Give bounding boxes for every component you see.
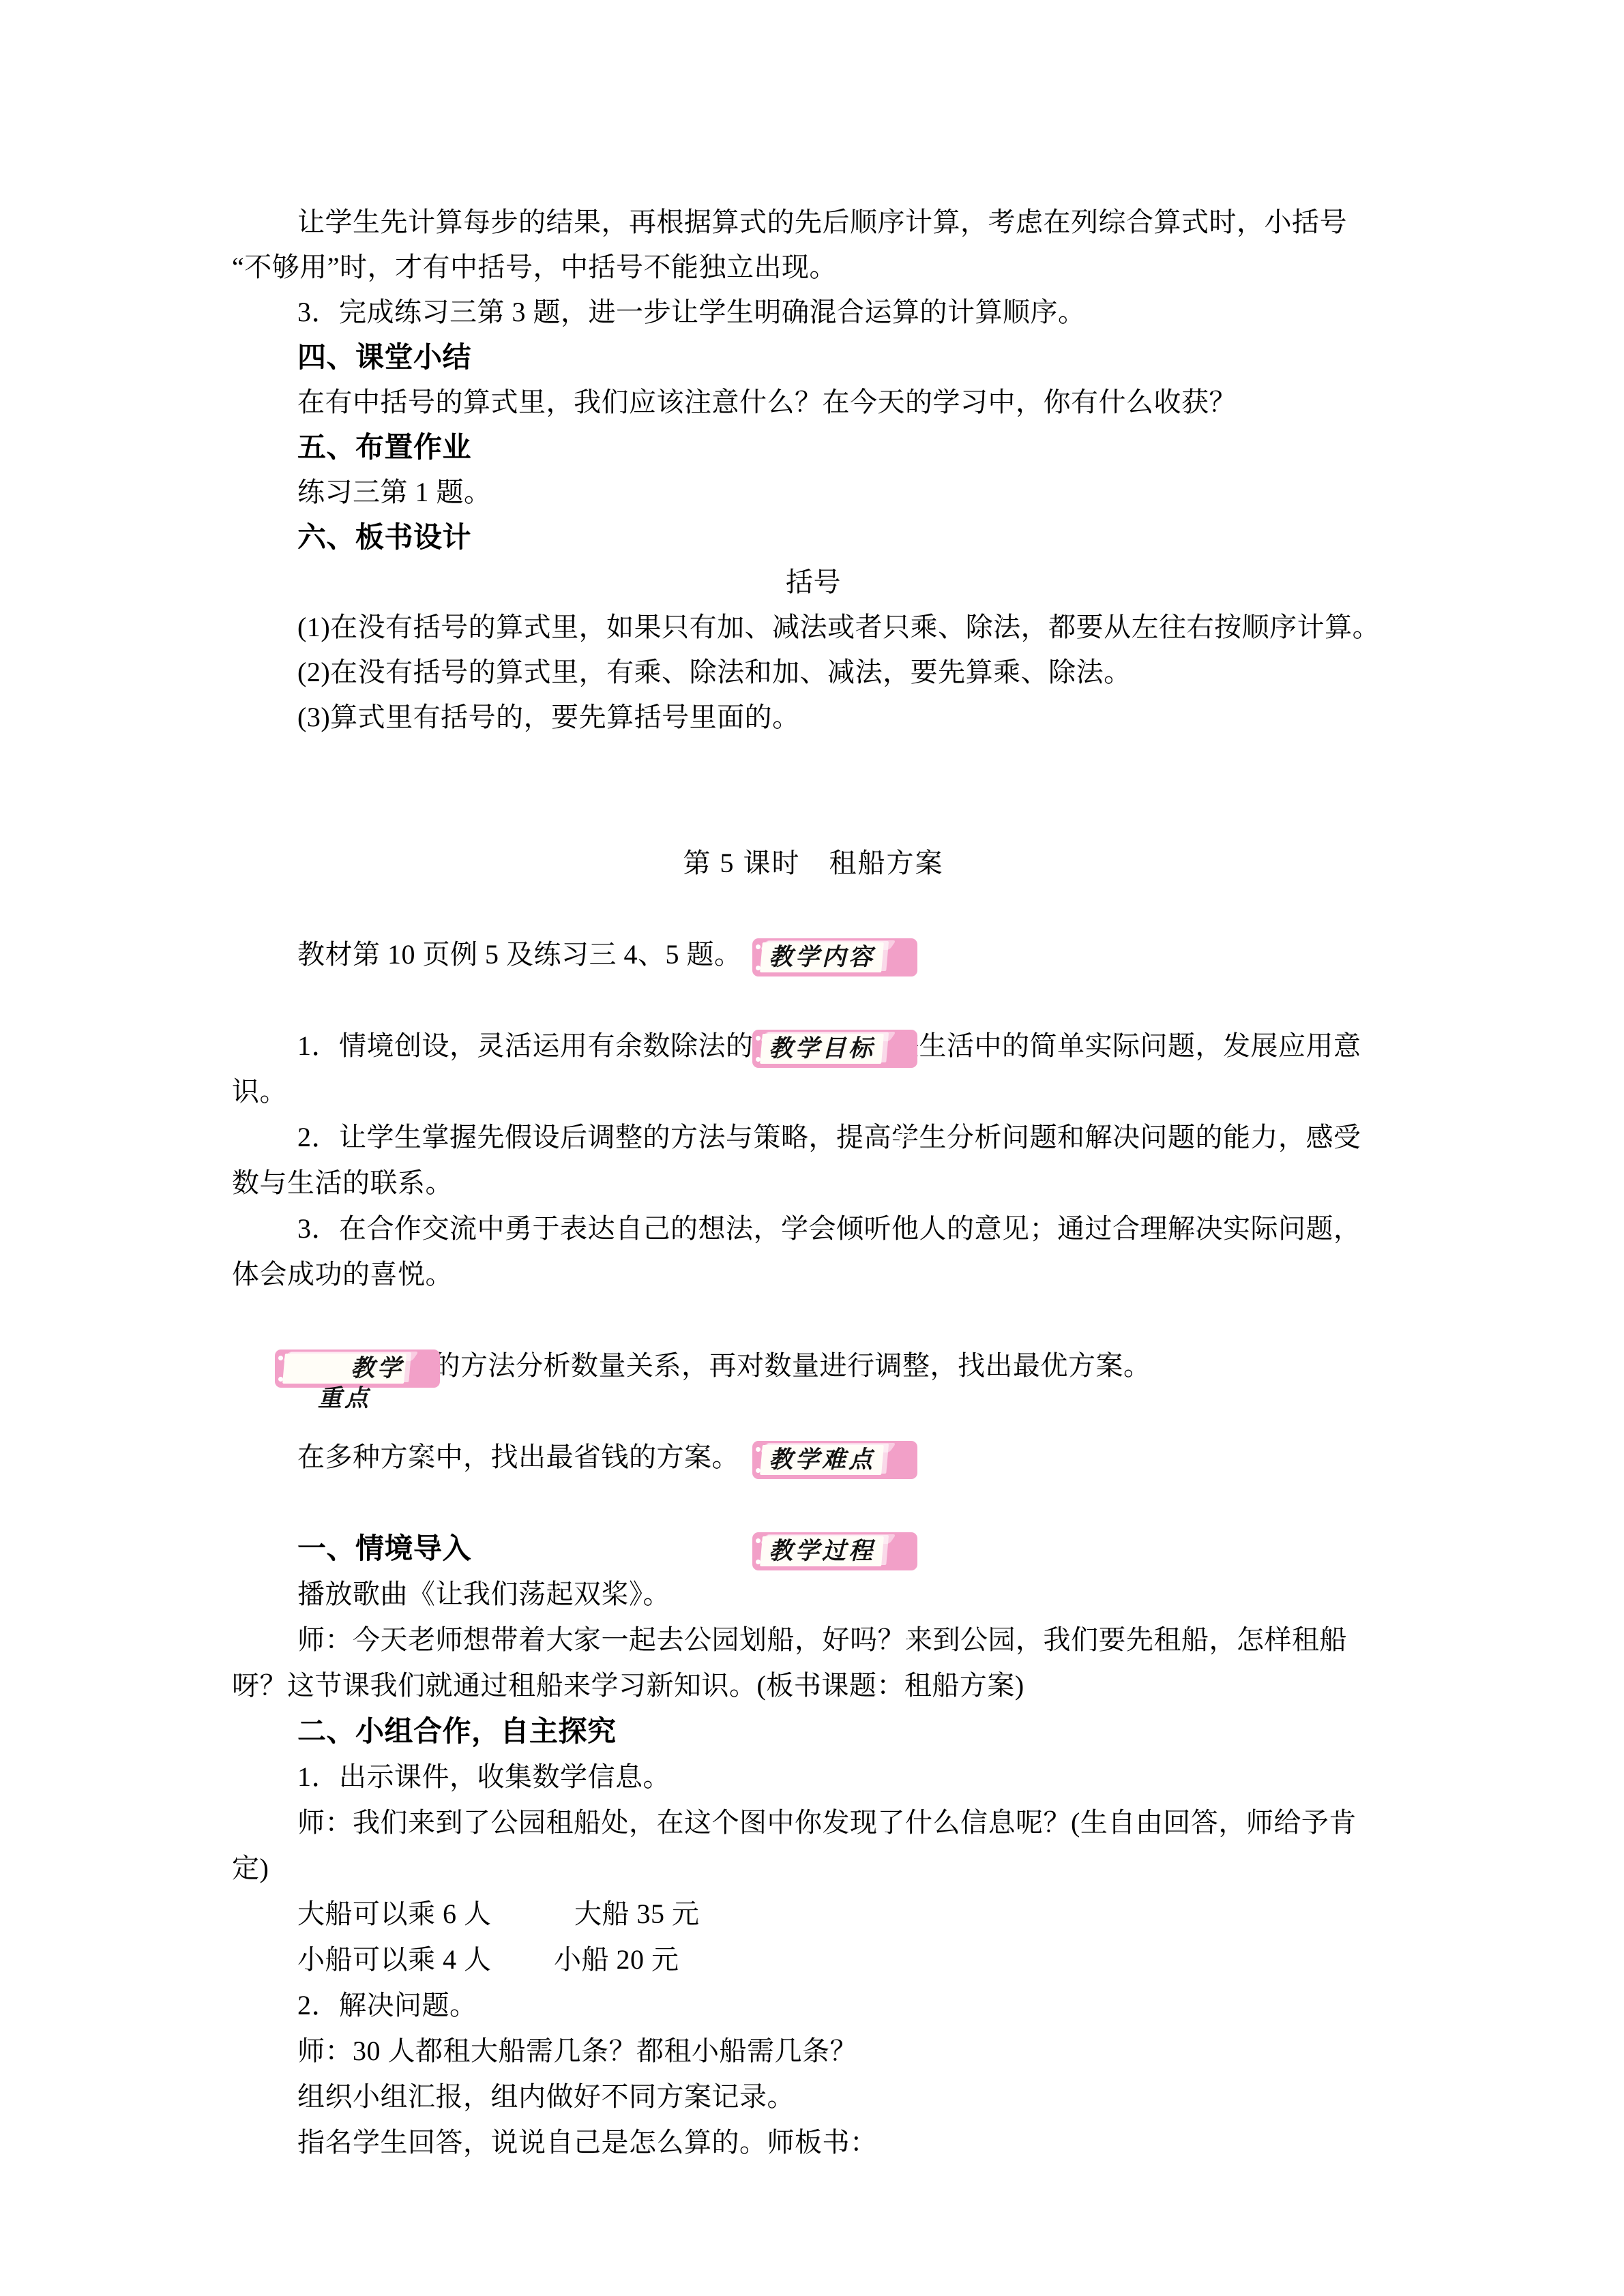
paragraph: 在有中括号的算式里，我们应该注意什么？在今天的学习中，你有什么收获？ (232, 380, 1395, 425)
badge-panel: 教学重点 (282, 1354, 407, 1384)
teaching-goals-badge: 教学目标 (752, 1030, 917, 1068)
badge-dots (278, 1356, 283, 1360)
badge-panel: 教学内容 (760, 942, 884, 972)
boat-info-large: 大船可以乘 6 人 大船 35 元 (232, 1891, 1395, 1937)
board-title: 括号 (232, 560, 1395, 605)
paragraph: 指名学生回答，说说自己是怎么算的。师板书： (232, 2119, 1395, 2165)
badge-dots (756, 1538, 761, 1543)
badge-panel: 教学难点 (760, 1445, 884, 1475)
paragraph: 组织小组汇报，组内做好不同方案记录。 (232, 2074, 1395, 2119)
target-arrow-icon (887, 1536, 916, 1567)
target-arrow-icon (887, 1444, 916, 1476)
badge-label: 教学难点 (761, 1445, 883, 1475)
lightbulb-icon (887, 942, 916, 973)
heading-board-design: 六、板书设计 (232, 515, 1395, 560)
lesson-title: 第 5 课时 租船方案 (232, 840, 1395, 886)
boat-info-small: 小船可以乘 4 人 小船 20 元 (232, 1937, 1395, 1982)
teacher-dialogue: 师：30 人都租大船需几条？都租小船需几条？ (232, 2028, 1395, 2074)
target-arrow-icon (887, 1033, 916, 1064)
badge-dots (756, 944, 761, 949)
teaching-difficulty-badge: 教学难点 (752, 1441, 917, 1479)
badge-dots (756, 1036, 761, 1041)
badge-label: 教学过程 (761, 1536, 883, 1566)
document-page: 让学生先计算每步的结果，再根据算式的先后顺序计算，考虑在列综合算式时，小括号 “… (0, 0, 1624, 2165)
badge-row-teaching-focus: 教学重点 (232, 1297, 1395, 1343)
paragraph: 2．解决问题。 (232, 1982, 1395, 2028)
teacher-dialogue-continuation: 定) (232, 1845, 1395, 1891)
badge-label: 教学内容 (761, 942, 883, 972)
paragraph: 练习三第 1 题。 (232, 470, 1395, 515)
board-note-2: (2)在没有括号的算式里，有乘、除法和加、减法，要先算乘、除法。 (232, 650, 1395, 695)
badge-panel: 教学过程 (760, 1536, 884, 1566)
paragraph: 3．完成练习三第 3 题，进一步让学生明确混合运算的计算顺序。 (232, 290, 1395, 335)
teaching-focus-badge: 教学重点 (275, 1350, 440, 1388)
board-note-3: (3)算式里有括号的，要先算括号里面的。 (232, 695, 1395, 740)
heading-classroom-summary: 四、课堂小结 (232, 335, 1395, 380)
badge-dots (756, 1447, 761, 1452)
paragraph: 让学生先计算每步的结果，再根据算式的先后顺序计算，考虑在列综合算式时，小括号 (232, 200, 1395, 245)
teaching-process-badge: 教学过程 (752, 1532, 917, 1570)
heading-homework: 五、布置作业 (232, 425, 1395, 470)
badge-row-teaching-difficulty: 教学难点 (232, 1388, 1395, 1434)
target-arrow-icon (410, 1353, 439, 1384)
badge-label: 教学重点 (284, 1354, 405, 1384)
badge-row-teaching-content: 教学内容 (232, 886, 1395, 931)
teaching-content-badge: 教学内容 (752, 938, 917, 976)
board-note-1: (1)在没有括号的算式里，如果只有加、减法或者只乘、除法，都要从左往右按顺序计算… (232, 605, 1395, 650)
paragraph-continuation: “不够用”时，才有中括号，中括号不能独立出现。 (232, 245, 1395, 290)
badge-label: 教学目标 (761, 1034, 883, 1064)
badge-panel: 教学目标 (760, 1034, 884, 1064)
teacher-dialogue: 师：我们来到了公园租船处，在这个图中你发现了什么信息呢？(生自由回答，师给予肯 (232, 1800, 1395, 1845)
